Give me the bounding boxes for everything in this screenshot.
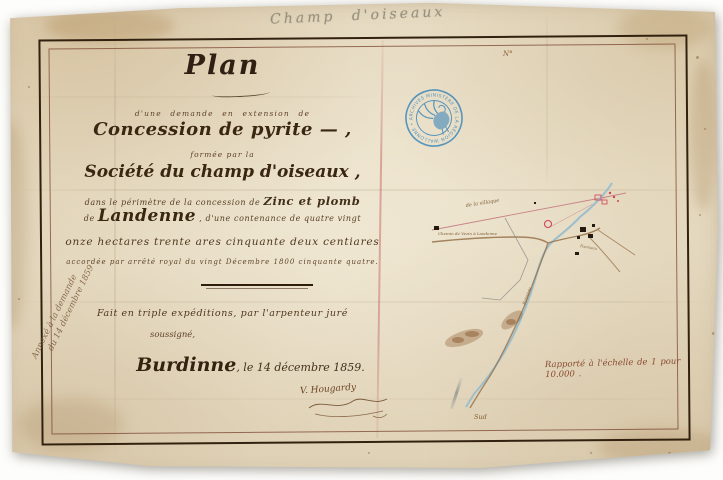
signature-flourish: [303, 392, 407, 422]
body-text: de: [84, 214, 95, 223]
stain-right-edge: [690, 60, 716, 210]
foxing-spot: [28, 86, 30, 88]
paper-shadow-wrap: Champ d'oiseaux Annexé à la demande du 1…: [0, 0, 723, 480]
paper-sheet: Champ d'oiseaux Annexé à la demande du 1…: [0, 0, 723, 480]
map-label-road: Chemin de Vezin à Landenne: [438, 231, 498, 236]
archive-stamp: MINISTÈRE DE LA RÉGION WALLONNE • ARCHIV…: [402, 86, 466, 150]
place-name-burdinne: Burdinne: [136, 354, 236, 376]
heading-concession: Concession de pyrite — ,: [55, 119, 390, 140]
place-name-landenne: Landenne: [98, 206, 196, 226]
building-squares: [434, 202, 595, 255]
map-label-hamlet: Fourneau: [579, 244, 598, 251]
foxing-spot: [368, 452, 370, 454]
stain-top-left: [45, 10, 175, 42]
closing-line: soussigné,: [55, 330, 485, 340]
body-text: , d'une contenance de quatre vingt: [199, 214, 361, 223]
subtitle-line: formée par la: [55, 150, 390, 159]
foxing-spot: [712, 332, 715, 335]
map-label-boundary: de la villaque: [465, 198, 499, 209]
foxing-spot: [18, 298, 20, 300]
subtitle-line: d'une demande en extension de: [55, 109, 390, 118]
body-line-surface: onze hectares trente ares cinquante deux…: [55, 236, 390, 248]
divider-rule-thin: [206, 288, 308, 289]
heading-societe: Société du champ d'oiseaux ,: [55, 162, 390, 182]
pencil-annotation: Champ d'oiseaux: [270, 0, 530, 27]
foxing-spot: [699, 214, 701, 216]
scanned-document-view: Champ d'oiseaux Annexé à la demande du 1…: [0, 0, 723, 480]
concession-boundary-line: [432, 193, 626, 230]
body-line-landenne: deLandenne, d'une contenance de quatre v…: [55, 206, 390, 226]
road-line: [590, 230, 635, 272]
date-text: , le 14 décembre 1859.: [236, 361, 364, 374]
stain-left-edge: [0, 120, 28, 330]
spoil-heap-shading: [443, 307, 526, 351]
body-line-arrete: accordée par arrêté royal du vingt Décem…: [55, 258, 390, 266]
document-title: Plan: [55, 50, 390, 81]
foxing-spot: [668, 452, 671, 455]
divider-rule: [201, 284, 313, 286]
place-date-line: Burdinne, le 14 décembre 1859.: [55, 354, 418, 376]
road-line: [432, 237, 548, 243]
closing-line: Fait en triple expéditions, par l'arpent…: [55, 308, 390, 319]
foxing-spot: [590, 452, 592, 454]
mine-plan-map: de la villaque Chemin de Vezin à Landenn…: [430, 180, 692, 415]
foxing-spot: [696, 56, 699, 59]
corner-number-mark: N°: [503, 50, 513, 58]
foxing-spot: [704, 128, 706, 130]
